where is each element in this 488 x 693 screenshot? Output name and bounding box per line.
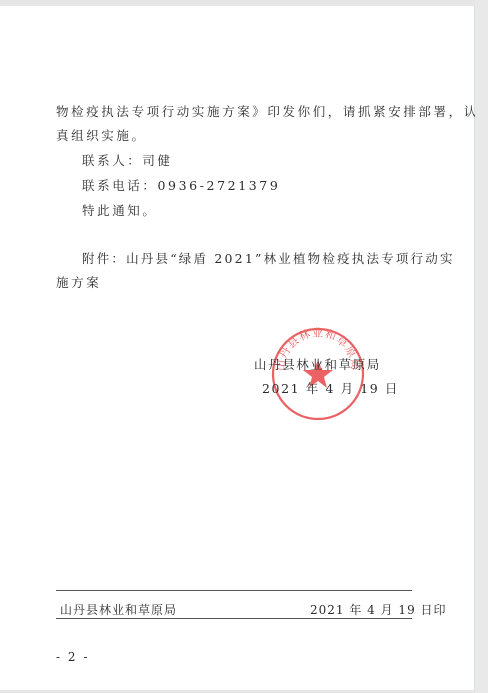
page-number: - 2 - (56, 650, 89, 664)
body-text-line-1: 物检疫执法专项行动实施方案》印发你们，请抓紧安排部署，认 (56, 104, 479, 120)
footer-divider-bottom (56, 618, 412, 619)
scrollbar[interactable] (475, 0, 488, 693)
body-text-line-2: 真组织实施。 (56, 128, 147, 144)
closing-text: 特此通知。 (82, 203, 158, 219)
contact-phone: 联系电话：0936-2721379 (82, 178, 280, 194)
attachment-line-1: 附件：山丹县“绿盾 2021”林业植物检疫执法专项行动实 (82, 251, 455, 267)
signature-org: 山丹县林业和草原局 (254, 357, 381, 373)
attachment-line-2: 施方案 (56, 275, 101, 291)
footer-org: 山丹县林业和草原局 (60, 603, 177, 617)
document-page: 物检疫执法专项行动实施方案》印发你们，请抓紧安排部署，认 真组织实施。 联系人：… (0, 6, 475, 690)
signature-date: 2021 年 4 月 19 日 (262, 381, 399, 397)
contact-person: 联系人：司健 (82, 153, 173, 169)
official-seal-icon: 山丹县林业和草原局 (270, 326, 366, 422)
footer-divider-top (56, 590, 412, 591)
footer-print-date: 2021 年 4 月 19 日印 (310, 603, 447, 617)
